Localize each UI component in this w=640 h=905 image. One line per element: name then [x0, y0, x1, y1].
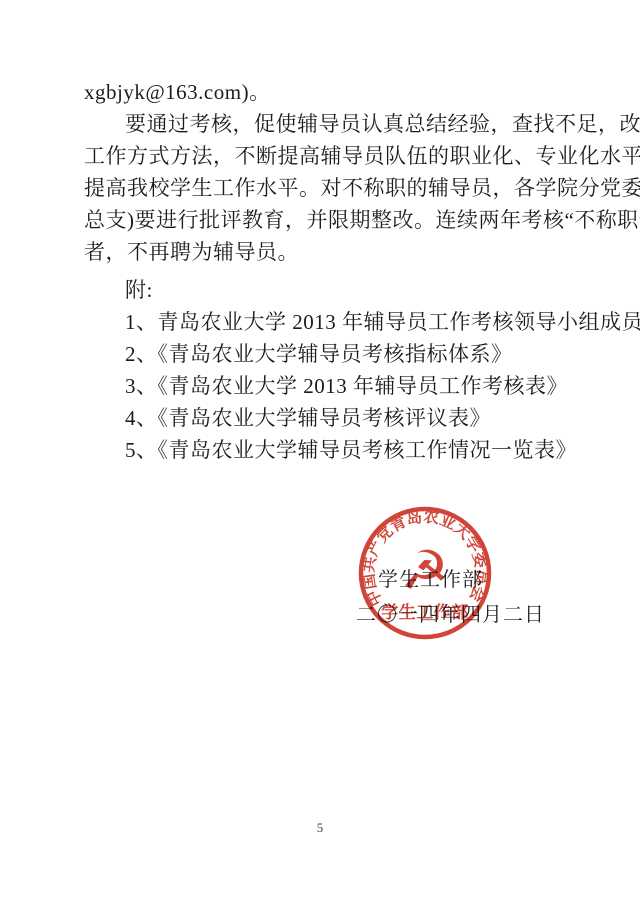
document-page: xgbjyk@163.com)。 要通过考核，促使辅导员认真总结经验，查找不足，… [0, 0, 640, 905]
body-line: 总支)要进行批评教育，并限期整改。连续两年考核“不称职” [84, 204, 562, 236]
official-seal: 中国共产党青岛农业大学委员会 ☭ 学生工作部 [350, 498, 500, 648]
attachment-item-5: 5、《青岛农业大学辅导员考核工作情况一览表》 [84, 434, 562, 466]
body-line: 者，不再聘为辅导员。 [84, 236, 562, 268]
body-line: 提高我校学生工作水平。对不称职的辅导员，各学院分党委(党 [84, 172, 562, 204]
attachments-label: 附: [84, 274, 562, 306]
page-number: 5 [0, 820, 640, 836]
hammer-sickle-icon: ☭ [401, 539, 449, 602]
document-body: xgbjyk@163.com)。 要通过考核，促使辅导员认真总结经验，查找不足，… [84, 76, 562, 466]
body-line: 工作方式方法，不断提高辅导员队伍的职业化、专业化水平， [84, 140, 562, 172]
attachment-item-3: 3、《青岛农业大学 2013 年辅导员工作考核表》 [84, 370, 562, 402]
seal-bottom-text: 学生工作部 [381, 602, 469, 623]
attachment-item-2: 2、《青岛农业大学辅导员考核指标体系》 [84, 338, 562, 370]
attachment-item-1: 1、青岛农业大学 2013 年辅导员工作考核领导小组成员名单 [84, 306, 562, 338]
body-line: 要通过考核，促使辅导员认真总结经验，查找不足，改进 [84, 108, 562, 140]
attachment-item-4: 4、《青岛农业大学辅导员考核评议表》 [84, 402, 562, 434]
body-line-email: xgbjyk@163.com)。 [84, 76, 562, 108]
